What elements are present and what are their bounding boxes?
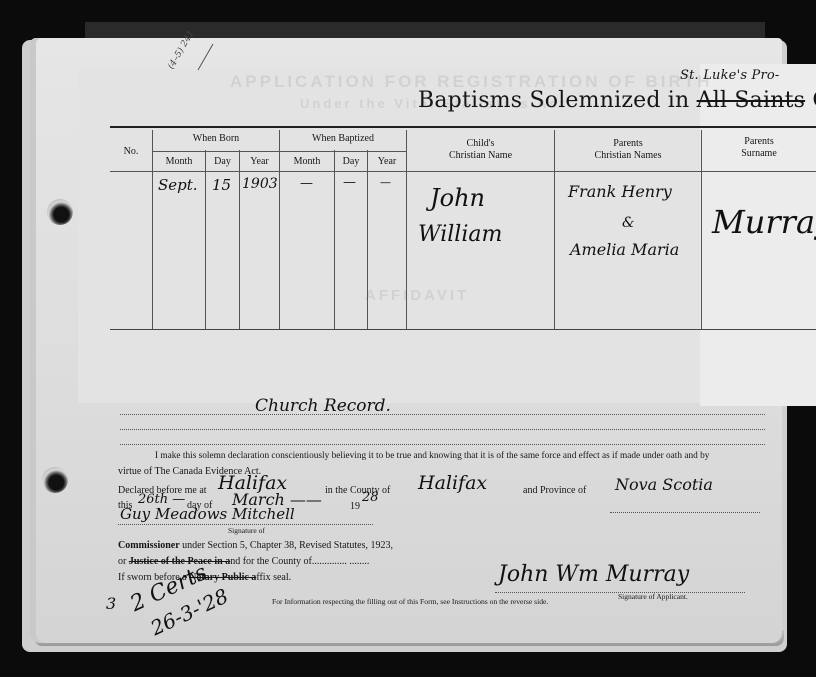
header-parents-line2: Christian Names (555, 150, 701, 162)
header-surname-line2: Surname (702, 148, 816, 160)
province-value: Nova Scotia (615, 475, 713, 494)
entry-parents-ampersand: & (622, 215, 634, 231)
header-parents-christian: Parents Christian Names (555, 138, 701, 162)
column-divider (205, 150, 206, 329)
header-born-year: Year (240, 156, 279, 168)
form-instructions-note: For Information respecting the filling o… (272, 597, 548, 606)
entry-baptized-month: — (300, 176, 313, 191)
header-child-name-line2: Christian Name (407, 150, 554, 162)
applicant-signature-label: Signature of Applicant. (618, 592, 688, 601)
table-bottom-rule (110, 329, 816, 330)
binder-hole-bottom (42, 467, 68, 493)
blank-line (120, 413, 765, 415)
margin-mark: 3 (106, 594, 116, 613)
header-child-name: Child's Christian Name (407, 138, 554, 162)
entry-baptized-year: — (380, 176, 391, 189)
blank-line (120, 443, 765, 445)
county-value: Halifax (418, 472, 487, 494)
header-surname-line1: Parents (702, 136, 816, 148)
header-when-born: When Born (153, 133, 279, 145)
header-baptized-day: Day (335, 156, 367, 168)
blank-line (120, 428, 765, 430)
county-label: in the County of (325, 485, 390, 496)
header-child-name-line1: Child's (407, 138, 554, 150)
header-when-baptized: When Baptized (280, 133, 406, 145)
title-prefix: Baptisms Solemnized in (418, 88, 689, 113)
header-bottom-rule (110, 171, 816, 172)
entry-mother-name: Amelia Maria (570, 240, 679, 259)
entry-born-day: 15 (212, 176, 231, 194)
entry-father-name: Frank Henry (568, 182, 672, 201)
column-divider (334, 150, 335, 329)
header-born-month: Month (153, 156, 205, 168)
header-parents-surname: Parents Surname (702, 136, 816, 160)
year-value: 28 (362, 490, 379, 505)
column-divider (367, 150, 368, 329)
province-label: and Province of (523, 485, 586, 496)
ghost-affidavit: AFFIDAVIT (365, 287, 469, 304)
applicant-signature: John Wm Murray (498, 562, 689, 587)
commissioner-bold: Commissioner (118, 540, 180, 551)
blank-line (610, 511, 760, 513)
title-suffix: Cathedr (812, 88, 816, 113)
justice-struck: Justice of the Peace in a (129, 556, 230, 567)
entry-child-name-middle: William (418, 222, 502, 247)
signature-of-label: Signature of (228, 526, 265, 535)
seal-rest: ffix seal. (256, 572, 291, 583)
commissioner-line: Commissioner under Section 5, Chapter 38… (118, 540, 393, 551)
entry-surname: Murray (712, 203, 816, 241)
justice-rest: nd for the County of (230, 556, 312, 567)
header-baptized-year: Year (368, 156, 406, 168)
header-no: No. (110, 146, 152, 158)
column-divider (239, 150, 240, 329)
county-blank: .............. ........ (312, 556, 370, 567)
entry-baptized-day: — (343, 175, 356, 190)
title-struck-church: All Saints (697, 88, 805, 113)
slip-title: Baptisms Solemnized in All Saints Cathed… (418, 88, 816, 113)
table-top-rule (110, 126, 816, 128)
signature-line (118, 523, 373, 525)
justice-line: or Justice of the Peace in and for the C… (118, 556, 369, 567)
entry-born-year: 1903 (242, 176, 278, 192)
entry-born-month: Sept. (158, 176, 198, 194)
entry-child-name-first: John (430, 184, 485, 212)
header-subrule (153, 151, 406, 152)
commissioner-statute: under Section 5, Chapter 38, Revised Sta… (182, 540, 393, 551)
year-prefix: 19 (350, 501, 360, 512)
declaration-text-line1: I make this solemn declaration conscient… (155, 451, 709, 461)
header-baptized-month: Month (280, 156, 334, 168)
binder-hole-top (47, 199, 73, 225)
header-born-day: Day (206, 156, 239, 168)
or-label: or (118, 556, 126, 567)
title-handwritten-insert: St. Luke's Pro- (680, 68, 780, 83)
commissioner-signature: Guy Meadows Mitchell (120, 505, 295, 523)
header-parents-line1: Parents (555, 138, 701, 150)
